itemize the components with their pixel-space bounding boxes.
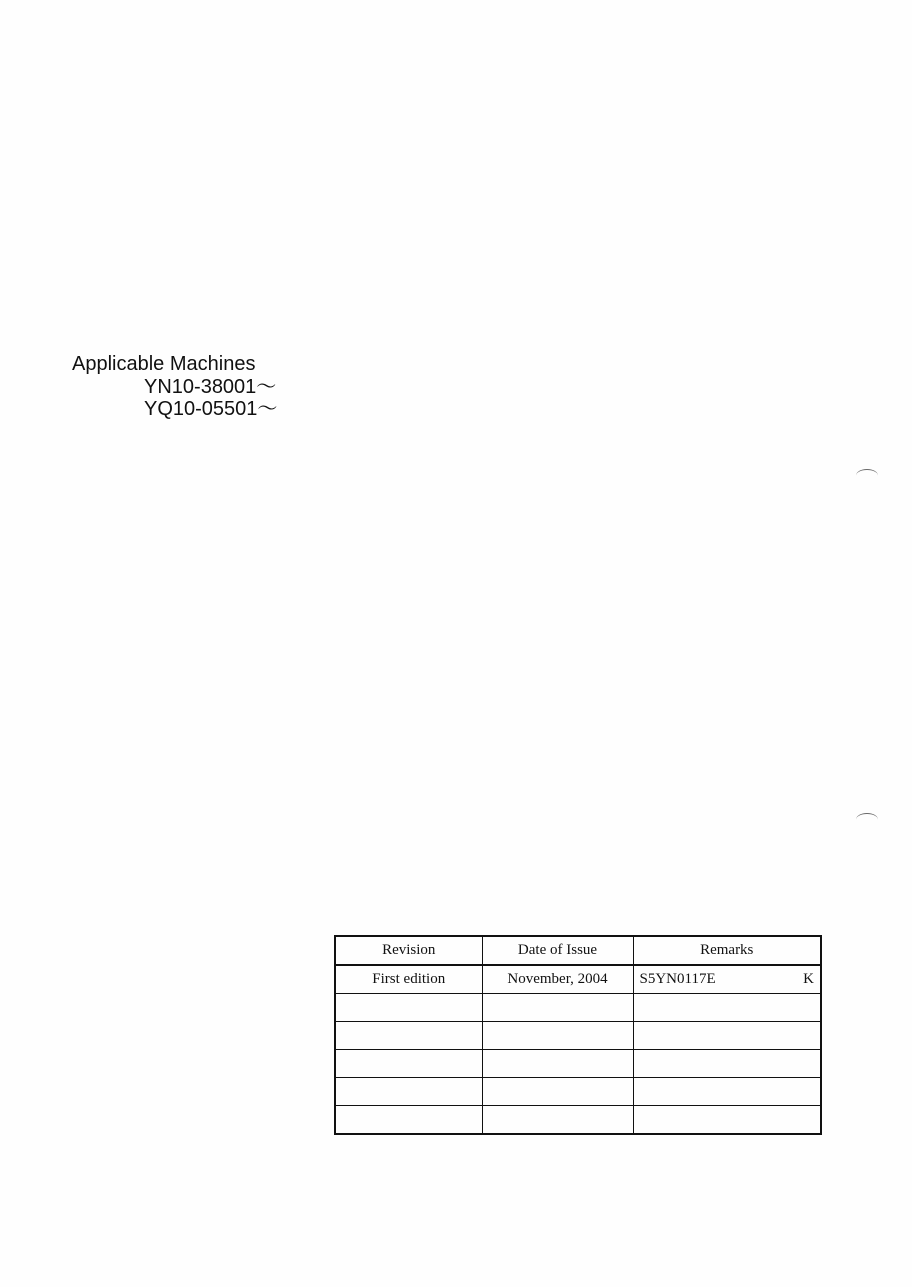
table-row: First edition November, 2004 S5YN0117E K: [335, 965, 821, 994]
cell-revision: [335, 1050, 482, 1078]
table-header-row: Revision Date of Issue Remarks: [335, 936, 821, 965]
table-row: [335, 1078, 821, 1106]
remarks-code: K: [803, 971, 814, 988]
cell-remarks: [633, 994, 821, 1022]
table-row: [335, 994, 821, 1022]
cell-remarks: [633, 1022, 821, 1050]
cell-date: [482, 994, 633, 1022]
applicable-machines-title: Applicable Machines: [72, 353, 277, 376]
machine-model: YQ10-05501～: [72, 398, 277, 421]
punch-hole-mark-icon: [856, 813, 878, 826]
cell-date: November, 2004: [482, 965, 633, 994]
cell-date: [482, 1050, 633, 1078]
cell-revision: First edition: [335, 965, 482, 994]
revision-table: Revision Date of Issue Remarks First edi…: [334, 935, 822, 1135]
machine-model: YN10-38001～: [72, 376, 277, 399]
cell-remarks: [633, 1106, 821, 1135]
cell-date: [482, 1022, 633, 1050]
header-remarks: Remarks: [633, 936, 821, 965]
cell-remarks: [633, 1078, 821, 1106]
cell-revision: [335, 1022, 482, 1050]
header-date-of-issue: Date of Issue: [482, 936, 633, 965]
cell-date: [482, 1106, 633, 1135]
cell-revision: [335, 1106, 482, 1135]
cell-date: [482, 1078, 633, 1106]
table-row: [335, 1050, 821, 1078]
cell-remarks: [633, 1050, 821, 1078]
header-revision: Revision: [335, 936, 482, 965]
table-row: [335, 1106, 821, 1135]
table-row: [335, 1022, 821, 1050]
punch-hole-mark-icon: [856, 469, 878, 482]
remarks-text: S5YN0117E: [640, 971, 716, 988]
cell-remarks: S5YN0117E K: [633, 965, 821, 994]
cell-revision: [335, 1078, 482, 1106]
applicable-machines-block: Applicable Machines YN10-38001～ YQ10-055…: [72, 353, 277, 421]
cell-revision: [335, 994, 482, 1022]
